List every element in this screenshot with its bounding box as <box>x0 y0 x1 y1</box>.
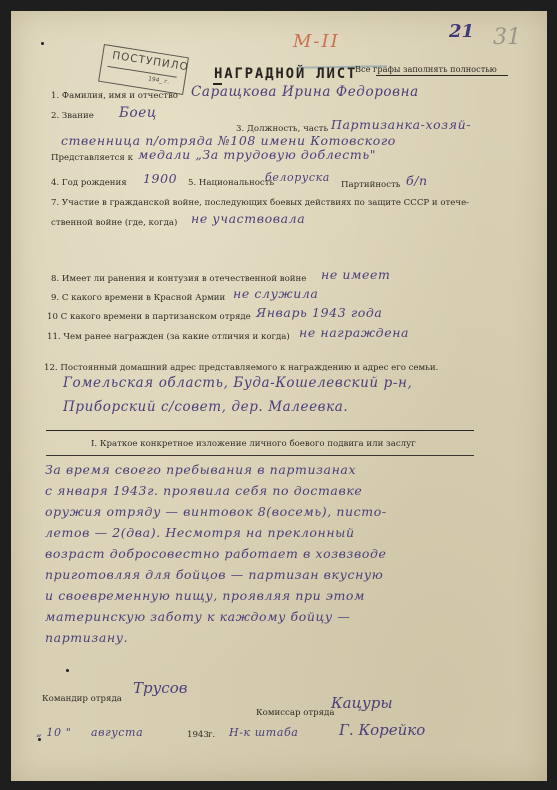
field-label-prior-awards: 11. Чем ранее награжден (за какие отличи… <box>47 332 290 342</box>
punch-hole <box>38 738 41 741</box>
field-label-civil-war: 7. Участие в гражданской войне, последую… <box>51 198 469 208</box>
field-value-red-army: не служила <box>233 286 319 301</box>
pencil-number: 31 <box>493 25 521 50</box>
field-label-address: 12. Постоянный домашний адрес представля… <box>44 363 438 373</box>
date-year-suffix: г. <box>208 730 215 740</box>
narrative-line: партизану. <box>45 630 128 645</box>
field-label-party: Партийность <box>341 180 400 190</box>
field-label-birth-year: 4. Год рождения <box>51 178 127 188</box>
narrative-line: материнскую заботу к каждому бойцу — <box>45 609 350 624</box>
field-label-civil-war-cont: ственной войне (где, когда) <box>51 218 177 228</box>
field-value-prior-awards: не награждена <box>299 325 409 340</box>
field-label-red-army: 9. С какого времени в Красной Армии <box>51 293 225 303</box>
document-title: НАГРАДНОЙ ЛИСТ <box>214 66 357 82</box>
staff-chief-signature: Г. Корейко <box>339 721 425 739</box>
field-value-partisan-since: Январь 1943 года <box>256 305 382 320</box>
stamp-text: ПОСТУПИЛО <box>111 50 189 74</box>
section-rule-bottom <box>46 455 474 456</box>
commander-signature: Трусов <box>133 679 187 697</box>
narrative-line: За время своего пребывания в партизанах <box>45 462 356 477</box>
field-value-wounds: не имеет <box>321 267 390 282</box>
field-label-name: 1. Фамилия, имя и отчество <box>51 91 178 101</box>
stamp-year: 194_ г. <box>148 75 170 85</box>
narrative-line: оружия отряду — винтовок 8(восемь), пист… <box>45 504 387 519</box>
red-pencil-mark: М-II <box>293 31 340 52</box>
received-stamp: ПОСТУПИЛО 194_ г. <box>98 44 189 95</box>
field-label-rank: 2. Звание <box>51 111 94 121</box>
field-value-address-cont: Приборский с/совет, дер. Малеевка. <box>63 399 348 415</box>
punch-hole <box>41 42 44 45</box>
date-day: „ 10 " <box>36 726 71 739</box>
section-rule-top <box>46 430 474 431</box>
field-value-party: б/п <box>406 173 428 188</box>
field-label-partisan-since: 10 С какого времени в партизанском отряд… <box>47 312 251 322</box>
commander-label: Командир отряда <box>42 694 122 704</box>
field-value-position-cont: ственница п/отряда №108 имени Котовского <box>61 133 396 148</box>
instruction-underline <box>376 75 508 76</box>
punch-hole <box>66 669 69 672</box>
field-value-nationality: белоруска <box>265 171 330 184</box>
narrative-line: и своевременную пищу, проявляя при этом <box>45 588 365 603</box>
field-label-recommended: Представляется к <box>51 153 133 163</box>
field-label-nationality: 5. Национальность <box>188 178 274 188</box>
field-value-position: Партизанка-хозяй- <box>331 117 471 132</box>
sheet-number: 21 <box>449 21 474 42</box>
narrative-line: приготовляя для бойцов — партизан вкусну… <box>45 567 383 582</box>
commissar-signature: Кацуры <box>331 694 393 712</box>
narrative-line: летов — 2(два). Несмотря на преклонный <box>45 525 355 540</box>
award-sheet-page: М-II 21 31 ПОСТУПИЛО 194_ г. Все графы з… <box>11 11 547 781</box>
field-value-civil-war: не участвовала <box>191 211 305 226</box>
field-value-birth-year: 1900 <box>143 171 177 186</box>
field-value-rank: Боец <box>119 105 157 121</box>
staff-chief-label: Н-к штаба <box>229 726 298 739</box>
field-value-award: медали „За трудовую доблесть" <box>138 147 376 162</box>
narrative-line: возраст добросовестно работает в хозвзво… <box>45 546 386 561</box>
narrative-line: с января 1943г. проявила себя по доставк… <box>45 483 362 498</box>
field-value-address: Гомельская область, Буда-Кошелевский р-н… <box>63 375 412 391</box>
date-year: 1943 <box>187 730 209 740</box>
field-label-wounds: 8. Имеет ли ранения и контузия в отечест… <box>51 274 306 284</box>
section-heading: I. Краткое конкретное изложение личного … <box>91 439 416 449</box>
commissar-label: Комиссар отряда <box>256 708 335 718</box>
field-value-name: Саращкова Ирина Федоровна <box>191 84 419 100</box>
date-month: августа <box>91 726 143 739</box>
fill-instruction: Все графы заполнять полностью <box>355 64 497 74</box>
